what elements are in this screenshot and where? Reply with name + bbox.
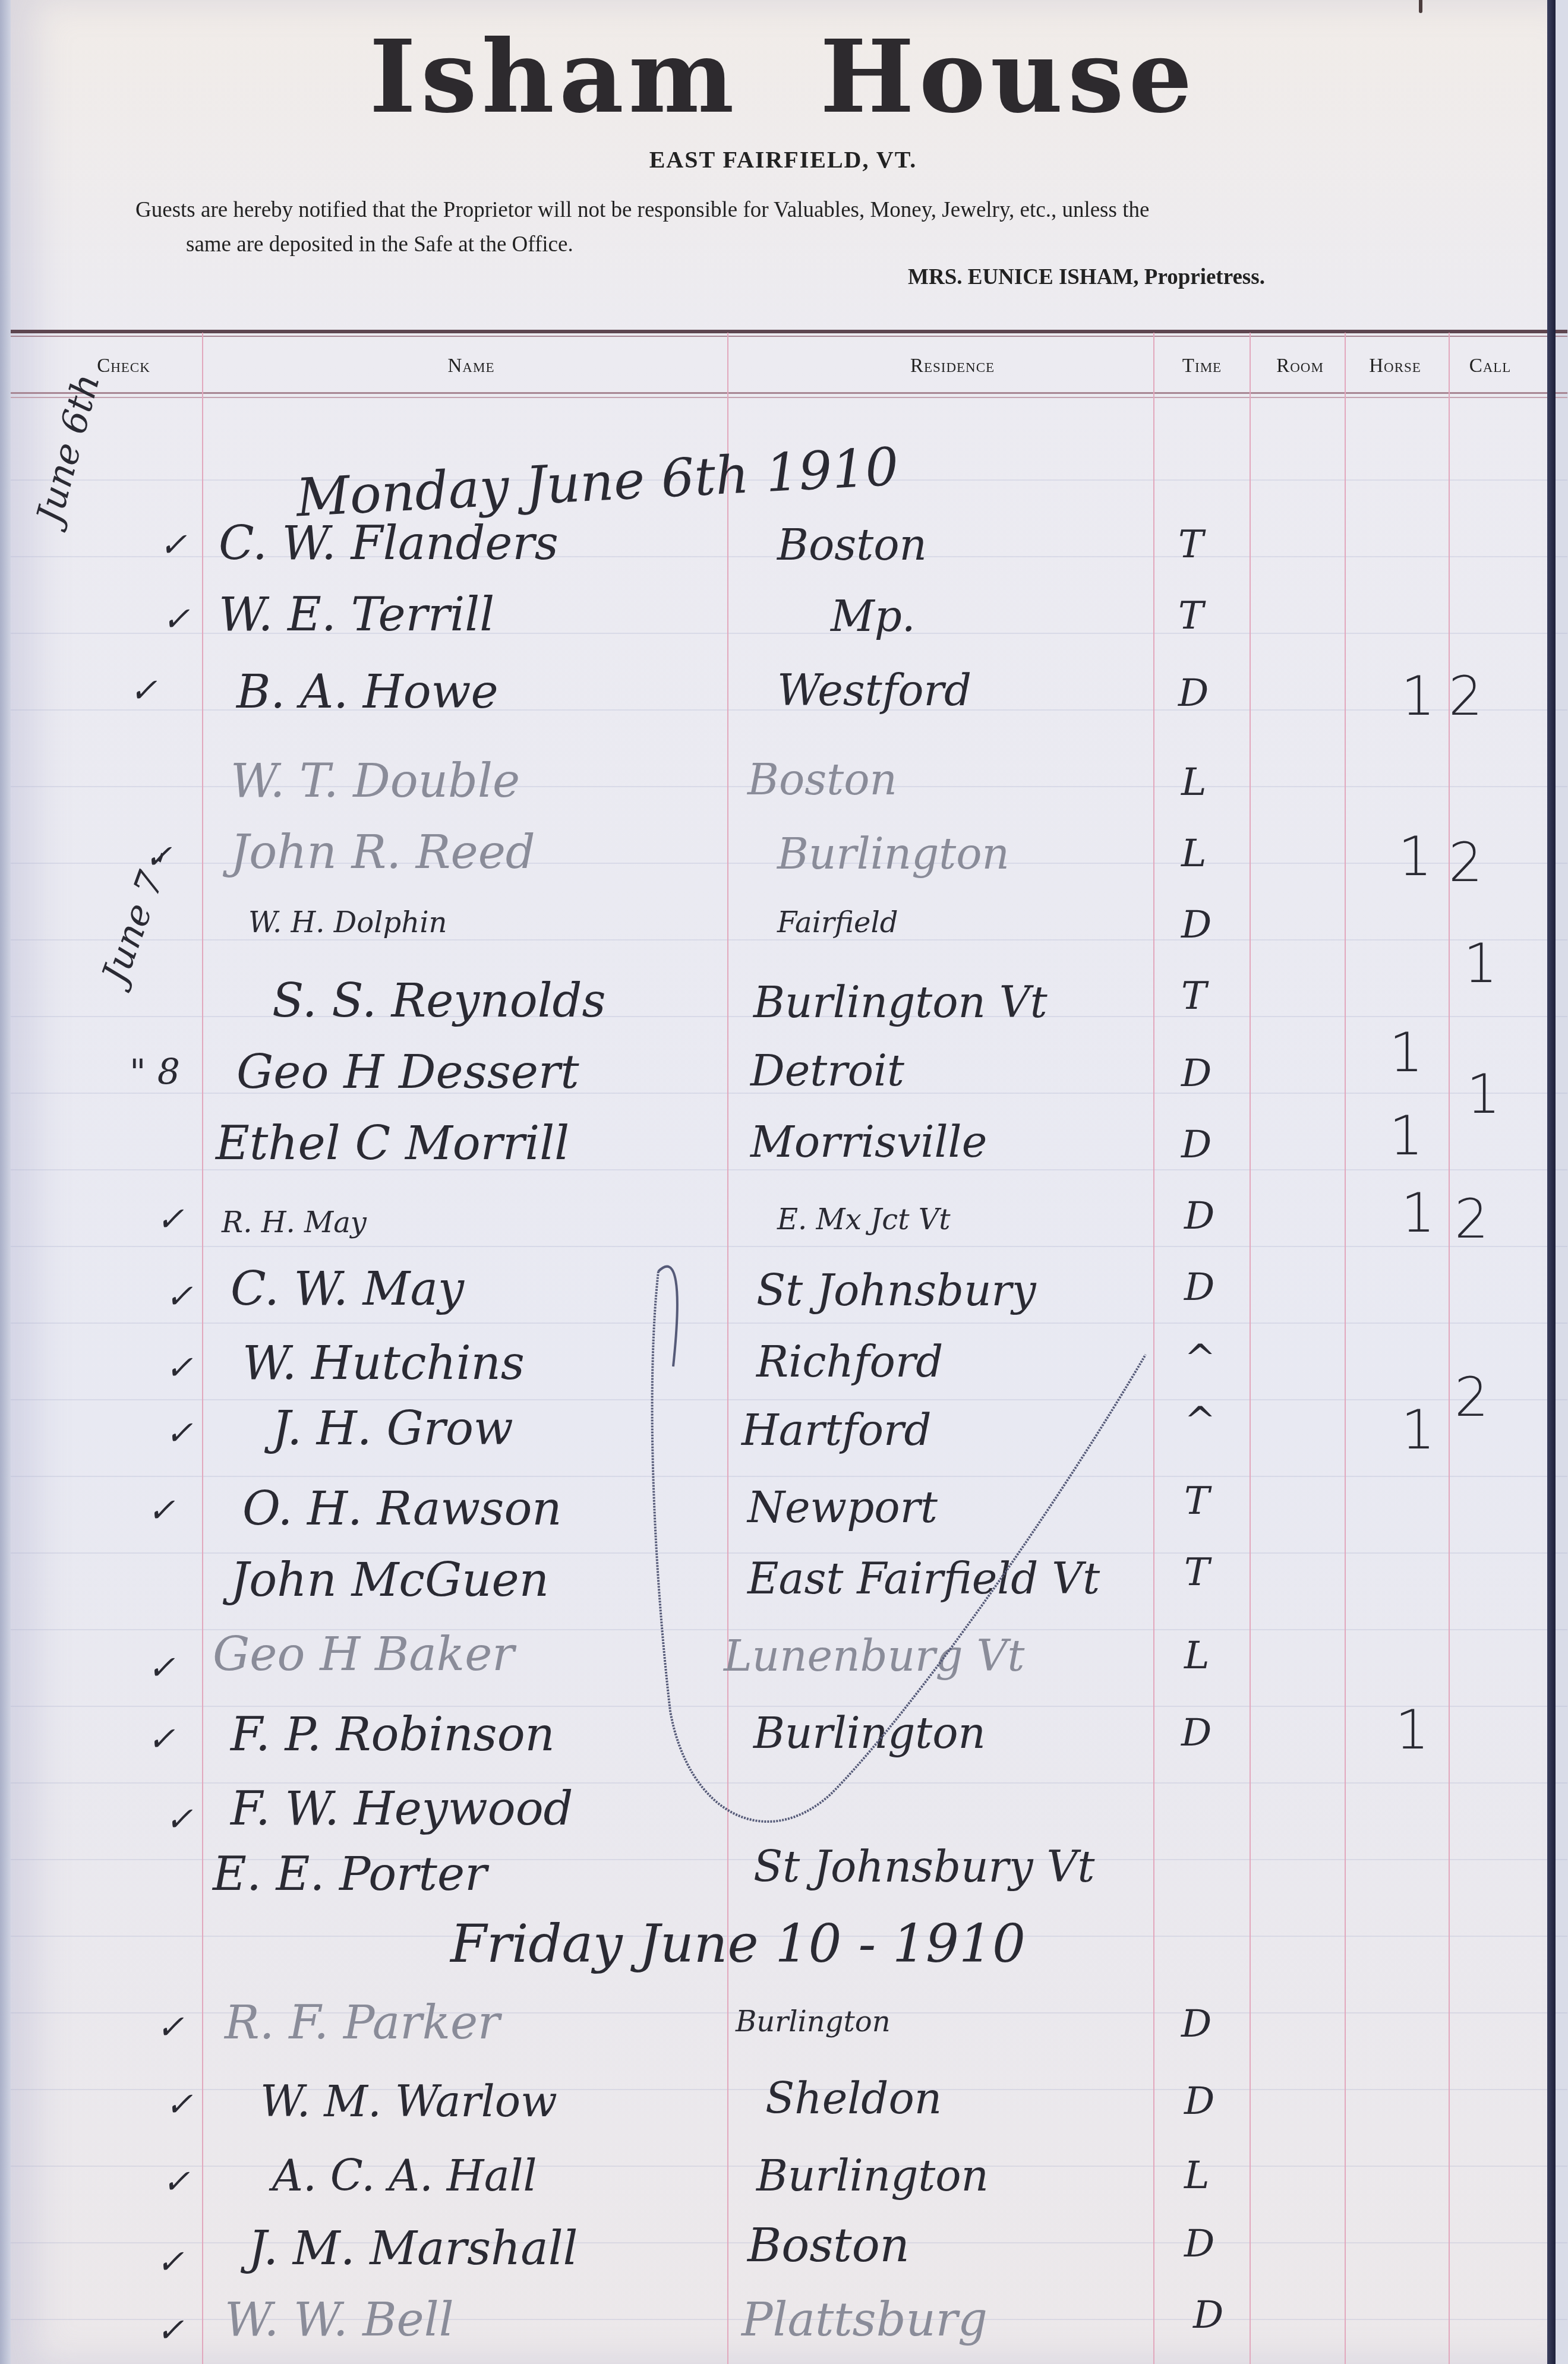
guest-name: John McGuen bbox=[231, 1554, 549, 1607]
guest-residence: Mp. bbox=[831, 591, 916, 641]
column-header-room: Room bbox=[1264, 355, 1336, 377]
guest-name: C. W. Flanders bbox=[219, 517, 559, 570]
check-mark: ✓ bbox=[156, 1200, 184, 1239]
arrival-time: D bbox=[1181, 903, 1212, 947]
horse-value: 1 bbox=[1398, 826, 1432, 888]
guest-residence: Lunenburg Vt bbox=[724, 1631, 1024, 1681]
guest-residence: Boston bbox=[777, 520, 927, 570]
guest-residence: East Fairfield Vt bbox=[747, 1554, 1100, 1604]
column-divider bbox=[1345, 333, 1346, 2364]
arrival-time: T bbox=[1184, 1551, 1210, 1595]
guest-name: W. Hutchins bbox=[242, 1337, 525, 1390]
horse-value: 1 bbox=[1395, 1699, 1429, 1762]
book-spine bbox=[0, 0, 11, 2364]
check-mark: ✓ bbox=[144, 838, 172, 876]
column-header-rule bbox=[11, 392, 1567, 394]
arrival-time: ^ bbox=[1184, 1337, 1216, 1381]
arrival-time: D bbox=[1181, 1711, 1212, 1755]
guest-residence: Newport bbox=[747, 1482, 938, 1532]
guest-name: W. E. Terrill bbox=[219, 588, 494, 642]
check-mark: ✓ bbox=[130, 671, 157, 710]
margin-note: " 8 bbox=[130, 1052, 180, 1093]
horse-value: 1 bbox=[1401, 1182, 1435, 1245]
guest-name: W. W. Bell bbox=[225, 2293, 454, 2347]
guest-name: B. A. Howe bbox=[236, 665, 499, 719]
valuables-notice: Guests are hereby notified that the Prop… bbox=[135, 193, 1472, 262]
column-header-residence: Residence bbox=[854, 355, 1050, 377]
guest-residence: St Johnsbury bbox=[756, 1265, 1036, 1315]
check-mark: ✓ bbox=[162, 600, 190, 639]
guest-residence: Burlington bbox=[756, 2151, 989, 2201]
guest-residence: Burlington bbox=[736, 2005, 891, 2038]
check-mark: ✓ bbox=[156, 2311, 184, 2350]
call-value: 2 bbox=[1449, 665, 1482, 728]
guest-residence: St Johnsbury Vt bbox=[753, 1842, 1094, 1892]
arrival-time: D bbox=[1184, 2222, 1214, 2266]
guest-name: F. P. Robinson bbox=[231, 1708, 555, 1762]
arrival-time: L bbox=[1184, 2154, 1210, 2198]
check-mark: ✓ bbox=[165, 2085, 193, 2124]
guest-residence: Hartford bbox=[742, 1405, 932, 1455]
arrival-time: L bbox=[1181, 760, 1207, 804]
guest-residence: Burlington bbox=[753, 1708, 986, 1758]
arrival-time: D bbox=[1178, 671, 1209, 715]
guest-name: F. W. Heywood bbox=[231, 1782, 573, 1836]
call-value: 2 bbox=[1455, 1188, 1488, 1251]
guest-name: Ethel C Morrill bbox=[216, 1117, 569, 1170]
guest-residence: Boston bbox=[747, 2219, 910, 2273]
arrival-time: D bbox=[1181, 1052, 1212, 1096]
pen-mark bbox=[1419, 0, 1422, 13]
guest-name: W. T. Double bbox=[231, 755, 520, 808]
column-header-time: Time bbox=[1169, 355, 1235, 377]
check-mark: ✓ bbox=[147, 1720, 175, 1759]
arrival-time: T bbox=[1184, 1479, 1210, 1523]
column-divider bbox=[1449, 333, 1450, 2364]
guest-name: Geo H Dessert bbox=[236, 1046, 579, 1099]
arrival-time: D bbox=[1184, 1194, 1214, 1238]
horse-value: 1 bbox=[1401, 1399, 1435, 1462]
guest-name: J. M. Marshall bbox=[248, 2222, 578, 2275]
guest-name: Geo H Baker bbox=[213, 1628, 515, 1681]
guest-name: John R. Reed bbox=[231, 826, 535, 879]
guest-name: S. S. Reynolds bbox=[272, 974, 606, 1028]
guest-residence: Morrisville bbox=[750, 1117, 987, 1167]
guest-residence: Richford bbox=[756, 1337, 943, 1387]
check-mark: ✓ bbox=[165, 1349, 193, 1387]
register-page: Isham House EAST FAIRFIELD, VT. Guests a… bbox=[11, 0, 1556, 2364]
arrival-time: T bbox=[1178, 594, 1204, 638]
header-rule-heavy bbox=[11, 330, 1567, 333]
header-rule-light bbox=[11, 336, 1567, 337]
call-value: 1 bbox=[1466, 1063, 1500, 1126]
notice-line-1: Guests are hereby notified that the Prop… bbox=[135, 198, 1149, 222]
guest-name: C. W. May bbox=[231, 1263, 464, 1316]
guest-residence: Burlington bbox=[777, 829, 1009, 879]
guest-residence: E. Mx Jct Vt bbox=[777, 1203, 951, 1236]
column-divider bbox=[727, 333, 728, 2364]
arrival-time: D bbox=[1181, 1123, 1212, 1167]
guest-name: W. M. Warlow bbox=[260, 2076, 557, 2126]
proprietress-name: MRS. EUNICE ISHAM, Proprietress. bbox=[908, 264, 1265, 290]
guest-name: A. C. A. Hall bbox=[272, 2151, 537, 2201]
date-line: Friday June 10 - 1910 bbox=[450, 1913, 1026, 1974]
arrival-time: ^ bbox=[1184, 1399, 1216, 1443]
call-value: 1 bbox=[1463, 933, 1497, 995]
horse-value: 1 bbox=[1389, 1022, 1423, 1084]
column-divider bbox=[1153, 333, 1154, 2364]
check-mark: ✓ bbox=[165, 1800, 193, 1839]
column-header-name: Name bbox=[397, 355, 545, 377]
arrival-time: L bbox=[1184, 1634, 1210, 1678]
arrival-time: T bbox=[1181, 974, 1207, 1018]
column-header-call: Call bbox=[1455, 355, 1526, 377]
check-mark: ✓ bbox=[159, 526, 187, 564]
guest-residence: Westford bbox=[777, 665, 971, 715]
guest-name: R. F. Parker bbox=[225, 1996, 500, 2050]
guest-name: J. H. Grow bbox=[272, 1402, 513, 1456]
guest-name: O. H. Rawson bbox=[242, 1482, 562, 1536]
guest-residence: Burlington Vt bbox=[753, 977, 1048, 1027]
guest-residence: Detroit bbox=[750, 1046, 904, 1096]
check-mark: ✓ bbox=[162, 2163, 190, 2201]
column-divider bbox=[1250, 333, 1251, 2364]
guest-name: W. H. Dolphin bbox=[248, 906, 447, 939]
hotel-title: Isham House bbox=[11, 18, 1556, 135]
guest-residence: Fairfield bbox=[777, 906, 898, 939]
book-cover-edge bbox=[1547, 0, 1556, 2364]
check-mark: ✓ bbox=[147, 1491, 175, 1530]
call-value: 2 bbox=[1449, 832, 1482, 894]
arrival-time: D bbox=[1181, 2002, 1212, 2046]
column-divider bbox=[202, 333, 203, 2364]
guest-residence: Boston bbox=[747, 755, 897, 804]
guest-residence: Plattsburg bbox=[742, 2293, 988, 2347]
arrival-time: L bbox=[1181, 832, 1207, 876]
guest-name: R. H. May bbox=[222, 1206, 367, 1239]
column-header-check: Check bbox=[88, 355, 159, 377]
column-header-horse: Horse bbox=[1351, 355, 1440, 377]
check-mark: ✓ bbox=[165, 1414, 193, 1453]
arrival-time: D bbox=[1184, 2079, 1214, 2123]
guest-residence: Sheldon bbox=[765, 2073, 942, 2123]
arrival-time: D bbox=[1184, 1265, 1214, 1309]
check-mark: ✓ bbox=[147, 1649, 175, 1687]
check-mark: ✓ bbox=[165, 1277, 193, 1316]
horse-value: 1 bbox=[1401, 665, 1435, 728]
check-mark: ✓ bbox=[156, 2243, 184, 2281]
notice-line-2: same are deposited in the Safe at the Of… bbox=[135, 228, 1472, 262]
hotel-location: EAST FAIRFIELD, VT. bbox=[11, 146, 1556, 173]
check-mark: ✓ bbox=[156, 2008, 184, 2047]
arrival-time: T bbox=[1178, 523, 1204, 567]
arrival-time: D bbox=[1193, 2293, 1223, 2337]
call-value: 2 bbox=[1455, 1366, 1488, 1429]
horse-value: 1 bbox=[1389, 1105, 1423, 1167]
guest-name: E. E. Porter bbox=[213, 1848, 487, 1901]
column-header-rule-2 bbox=[11, 397, 1567, 398]
